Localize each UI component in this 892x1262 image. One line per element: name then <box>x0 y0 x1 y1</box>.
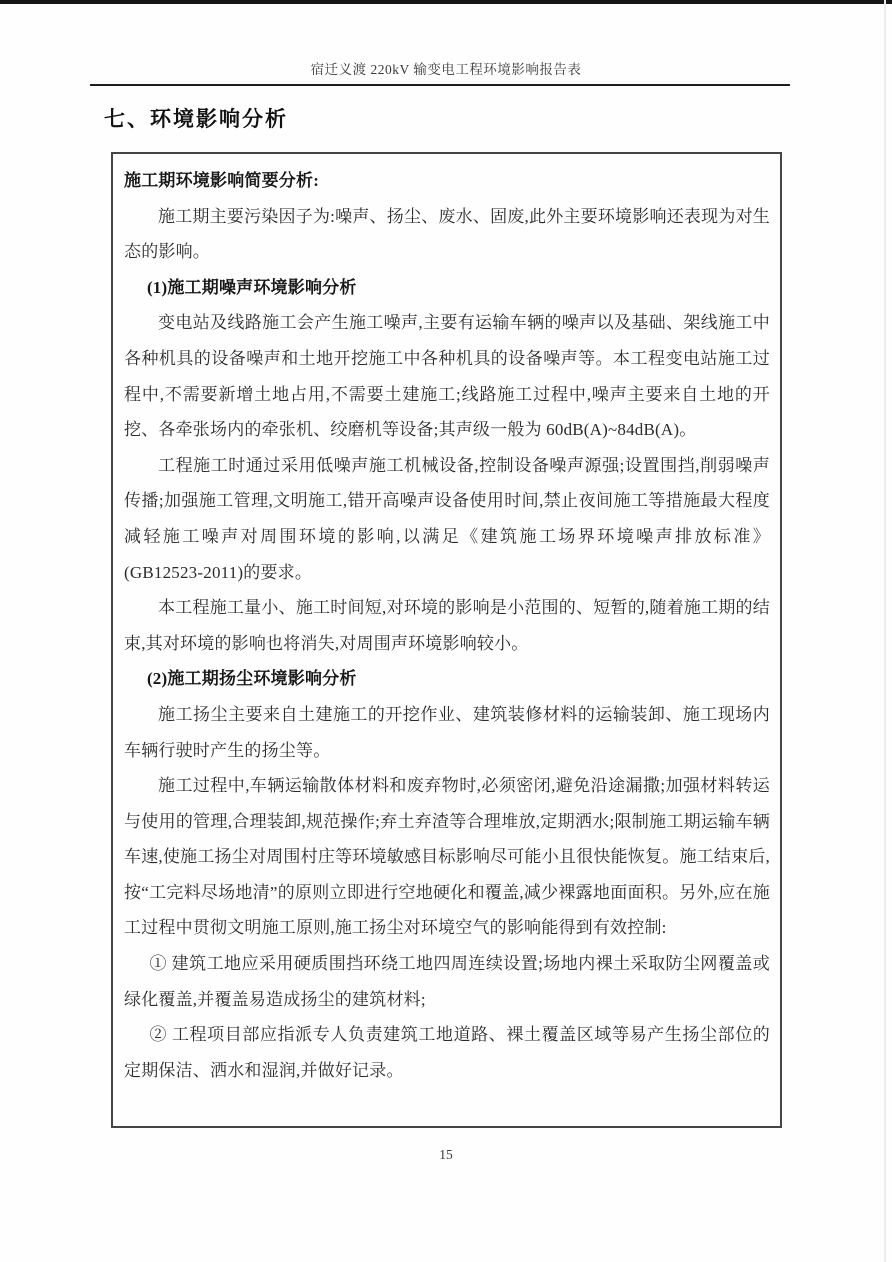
box-heading: 施工期环境影响简要分析: <box>124 163 770 199</box>
list-item-1: ① 建筑工地应采用硬质围挡环绕工地四周连续设置;场地内裸土采取防尘网覆盖或绿化覆… <box>124 946 770 1017</box>
page-number: 15 <box>0 1147 892 1163</box>
paragraph-dust-mitigation: 施工过程中,车辆运输散体材料和废弃物时,必须密闭,避免沿途漏撒;加强材料转运与使… <box>124 768 770 946</box>
running-header: 宿迁义渡 220kV 输变电工程环境影响报告表 <box>0 58 892 78</box>
subheading-noise-analysis: (1)施工期噪声环境影响分析 <box>124 270 770 306</box>
header-rule <box>90 84 790 86</box>
subheading-dust-analysis: (2)施工期扬尘环境影响分析 <box>124 661 770 697</box>
list-item-2: ② 工程项目部应指派专人负责建筑工地道路、裸土覆盖区域等易产生扬尘部位的定期保洁… <box>124 1017 770 1088</box>
document-page: 宿迁义渡 220kV 输变电工程环境影响报告表 七、环境影响分析 施工期环境影响… <box>0 0 892 1262</box>
paragraph-noise-sources: 变电站及线路施工会产生施工噪声,主要有运输车辆的噪声以及基础、架线施工中各种机具… <box>124 305 770 447</box>
paragraph-pollution-factors: 施工期主要污染因子为:噪声、扬尘、废水、固废,此外主要环境影响还表现为对生态的影… <box>124 199 770 270</box>
report-box: 施工期环境影响简要分析: 施工期主要污染因子为:噪声、扬尘、废水、固废,此外主要… <box>111 152 782 1128</box>
paragraph-noise-conclusion: 本工程施工量小、施工时间短,对环境的影响是小范围的、短暂的,随着施工期的结束,其… <box>124 590 770 661</box>
paragraph-noise-mitigation: 工程施工时通过采用低噪声施工机械设备,控制设备噪声源强;设置围挡,削弱噪声传播;… <box>124 448 770 590</box>
scan-artifact-right-edge <box>884 0 886 1262</box>
section-title: 七、环境影响分析 <box>104 103 288 133</box>
scan-artifact-top-bar <box>0 0 892 4</box>
paragraph-dust-sources: 施工扬尘主要来自土建施工的开挖作业、建筑装修材料的运输装卸、施工现场内车辆行驶时… <box>124 697 770 768</box>
